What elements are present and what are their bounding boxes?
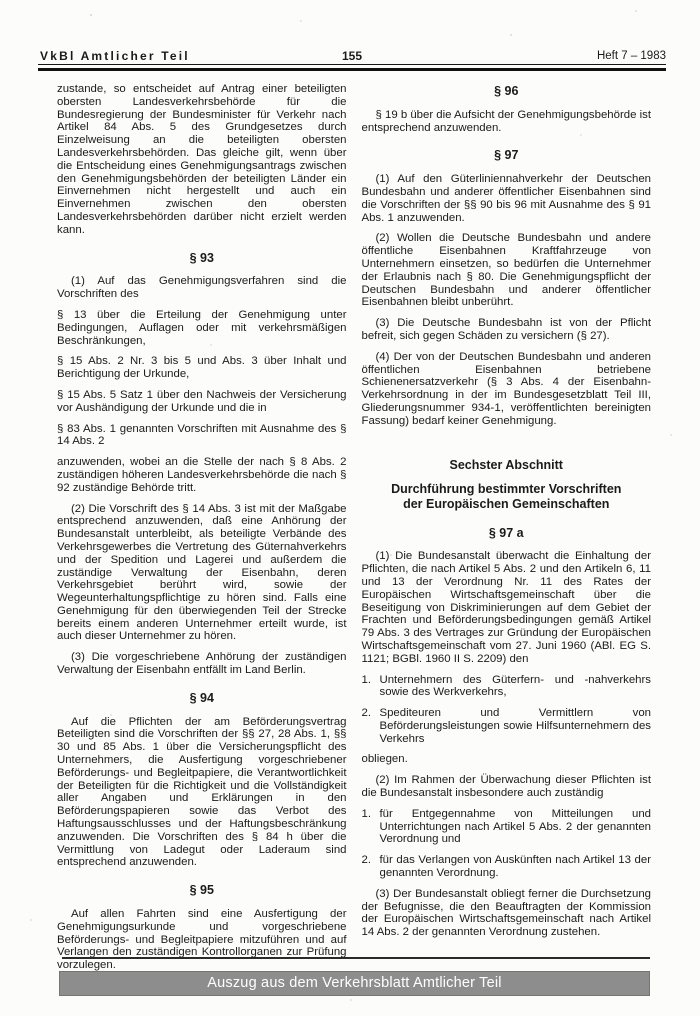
footer-rule (62, 957, 650, 959)
section-heading: § 96 (362, 85, 652, 98)
issue-label: Heft 7 – 1983 (597, 50, 666, 62)
paragraph: (1) Auf den Güterliniennahverkehr der De… (362, 173, 652, 224)
section-heading: § 95 (57, 884, 347, 897)
paragraph: § 83 Abs. 1 genannten Vorschriften mit A… (57, 423, 347, 449)
list-number: 2. (362, 854, 372, 867)
header-rule-thin (38, 64, 666, 65)
paragraph: (2) Die Vorschrift des § 14 Abs. 3 ist m… (57, 503, 347, 644)
section-heading: § 93 (57, 252, 347, 265)
paragraph: § 15 Abs. 2 Nr. 3 bis 5 und Abs. 3 über … (57, 355, 347, 381)
footer-banner: Auszug aus dem Verkehrsblatt Amtlicher T… (59, 971, 650, 996)
list-number: 1. (362, 674, 372, 687)
page-header: VkBl Amtlicher Teil 155 Heft 7 – 1983 (38, 49, 666, 64)
list-text: für das Verlangen von Auskünften nach Ar… (380, 854, 652, 879)
paragraph: Auf die Pflichten der am Beförderungsver… (57, 716, 347, 870)
paragraph: § 13 über die Erteilung der Genehmigung … (57, 309, 347, 347)
left-column: zustande, so entscheidet auf Antrag eine… (57, 83, 347, 980)
chapter-heading: Sechster Abschnitt (362, 458, 652, 473)
paragraph: Auf allen Fahrten sind eine Ausfertigung… (57, 908, 347, 972)
chapter-heading: Durchführung bestimmter Vorschriften der… (362, 482, 652, 512)
document-body: zustande, so entscheidet auf Antrag eine… (57, 83, 651, 980)
list-text: Unternehmern des Güterfern- und -nahverk… (380, 674, 652, 699)
paragraph: (1) Auf das Genehmigungsverfahren sind d… (57, 275, 347, 301)
scan-noise (90, 14, 92, 16)
section-heading: § 97 a (362, 527, 652, 540)
list-item: 2.für das Verlangen von Auskünften nach … (362, 854, 652, 880)
list-item: 1.für Entgegennahme von Mitteilungen und… (362, 808, 652, 846)
journal-title: VkBl Amtlicher Teil (40, 49, 190, 63)
list-text: für Entgegennahme von Mitteilungen und U… (380, 808, 652, 846)
paragraph: (2) Im Rahmen der Überwachung dieser Pfl… (362, 774, 652, 800)
paragraph: § 19 b über die Aufsicht der Genehmigung… (362, 109, 652, 135)
document-page: VkBl Amtlicher Teil 155 Heft 7 – 1983 zu… (0, 0, 700, 1016)
section-heading: § 94 (57, 692, 347, 705)
paragraph: § 15 Abs. 5 Satz 1 über den Nachweis der… (57, 389, 347, 415)
list-item: 1.Unternehmern des Güterfern- und -nahve… (362, 674, 652, 700)
list-text: Spediteuren und Vermittlern von Beförder… (380, 707, 652, 745)
list-number: 1. (362, 808, 372, 821)
paragraph: (2) Wollen die Deutsche Bundesbahn und a… (362, 232, 652, 309)
paragraph: (3) Die vorgeschriebene Anhörung der zus… (57, 651, 347, 677)
page-number: 155 (342, 49, 362, 63)
paragraph: (3) Die Deutsche Bundesbahn ist von der … (362, 317, 652, 343)
list-number: 2. (362, 707, 372, 720)
header-rule-thick (38, 68, 666, 71)
paragraph: (1) Die Bundesanstalt überwacht die Einh… (362, 550, 652, 665)
section-heading: § 97 (362, 149, 652, 162)
list-item: 2.Spediteuren und Vermittlern von Beförd… (362, 707, 652, 745)
paragraph: obliegen. (362, 753, 652, 766)
paragraph: (4) Der von der Deutschen Bundesbahn und… (362, 351, 652, 428)
paragraph: (3) Der Bundesanstalt obliegt ferner die… (362, 888, 652, 939)
right-column: § 96§ 19 b über die Aufsicht der Genehmi… (362, 83, 652, 980)
paragraph: zustande, so entscheidet auf Antrag eine… (57, 83, 347, 237)
paragraph: anzuwenden, wobei an die Stelle der nach… (57, 456, 347, 494)
